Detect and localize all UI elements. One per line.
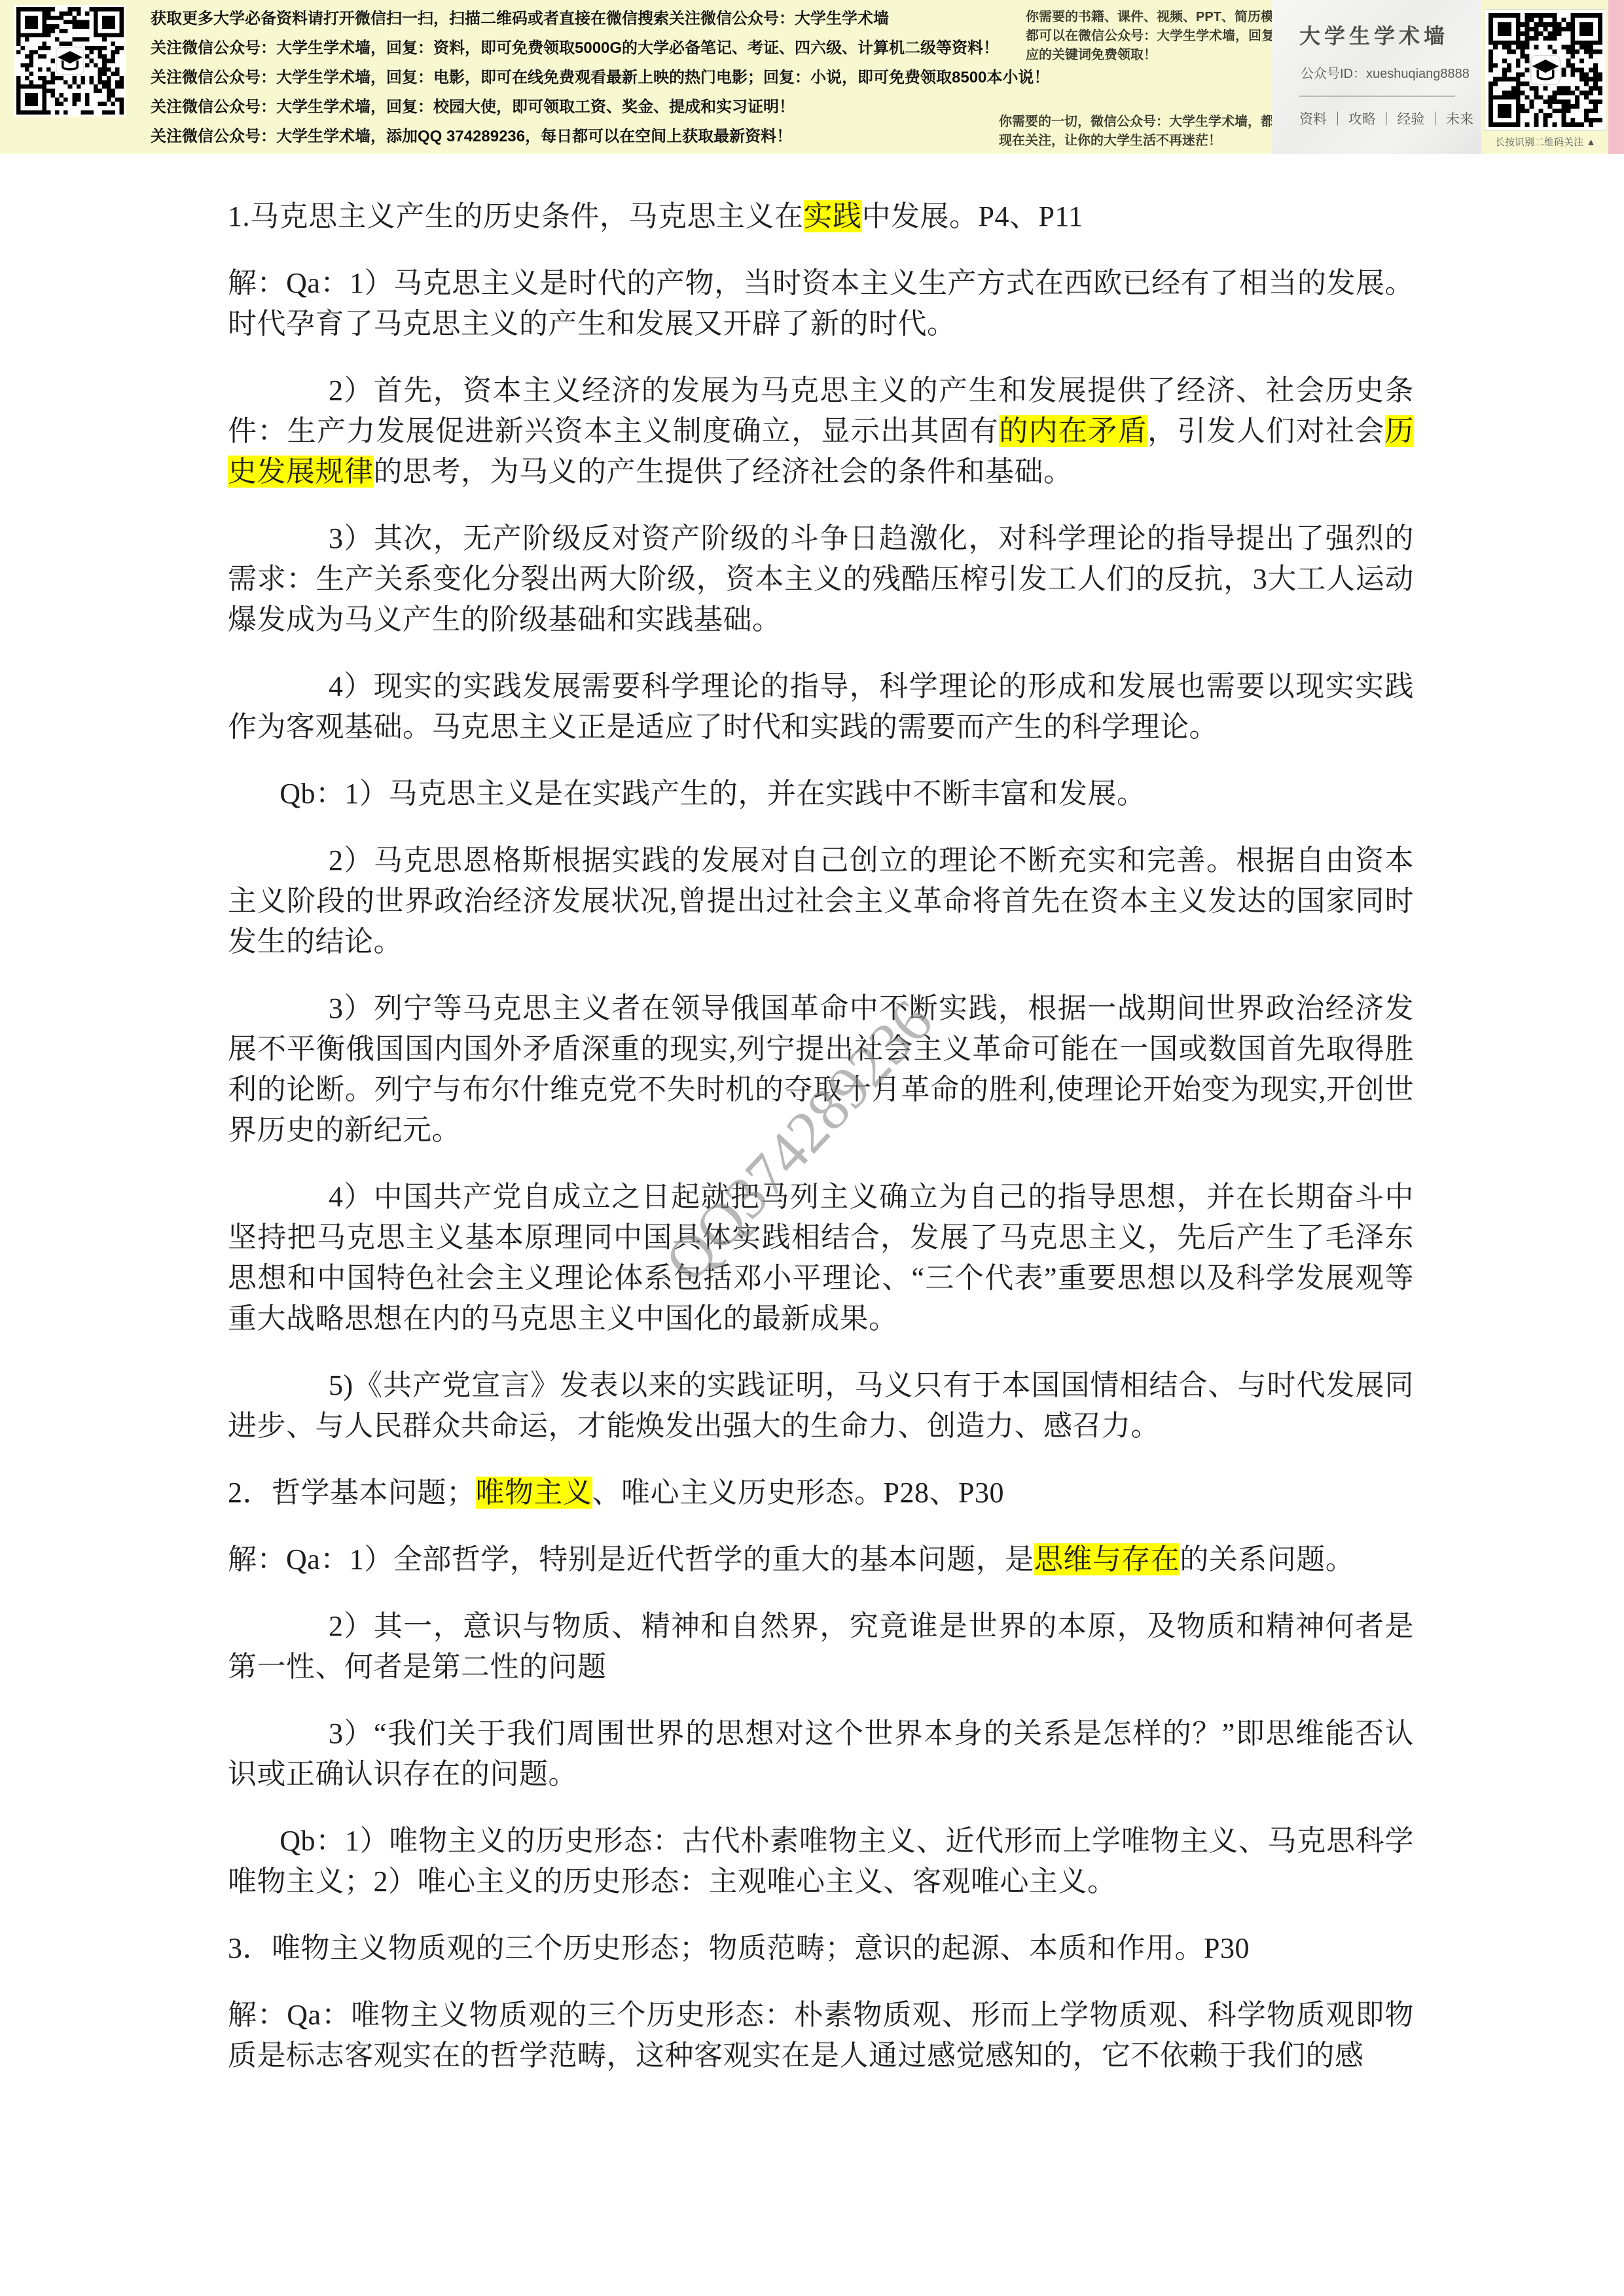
text-run: 的关系问题。 xyxy=(1180,1543,1354,1575)
paragraph: 解：Qa：唯物主义物质观的三个历史形态：朴素物质观、形而上学物质观、科学物质观即… xyxy=(228,1995,1414,2076)
paragraph: Qb：1）马克思主义是在实践产生的，并在实践中不断丰富和发展。 xyxy=(228,774,1414,814)
banner-note-line: 你需要的书籍、课件、视频、PPT、简历模板 xyxy=(1026,8,1288,27)
text-run: 4）中国共产党自成立之日起就把马列主义确立为自己的指导思想，并在长期奋斗中坚持把… xyxy=(228,1181,1414,1335)
paragraph: 2）首先，资本主义经济的发展为马克思主义的产生和发展提供了经济、社会历史条件：生… xyxy=(228,370,1414,492)
highlighted-text: 实践 xyxy=(804,200,862,232)
banner-note-line: 都可以在微信公众号：大学生学术墙，回复相 xyxy=(1026,27,1288,46)
paragraph: 3）其次，无产阶级反对资产阶级的斗争日趋激化，对科学理论的指导提出了强烈的需求：… xyxy=(228,518,1414,640)
text-run: 3）其次，无产阶级反对资产阶级的斗争日趋激化，对科学理论的指导提出了强烈的需求：… xyxy=(228,522,1414,636)
text-run: Qb：1）唯物主义的历史形态：古代朴素唯物主义、近代形而上学唯物主义、马克思科学… xyxy=(228,1825,1414,1897)
text-run: 解：Qa：1）马克思主义是时代的产物，当时资本主义生产方式在西欧已经有了相当的发… xyxy=(228,267,1414,340)
paragraph: 1.马克思主义产生的历史条件，马克思主义在实践中发展。P4、P11 xyxy=(228,196,1414,237)
paragraph: 4）中国共产党自成立之日起就把马列主义确立为自己的指导思想，并在长期奋斗中坚持把… xyxy=(228,1177,1414,1339)
paragraph: 3）列宁等马克思主义者在领导俄国革命中不断实践，根据一战期间世界政治经济发展不平… xyxy=(228,988,1414,1151)
text-run: 3．唯物主义物质观的三个历史形态；物质范畴；意识的起源、本质和作用。P30 xyxy=(228,1932,1250,1964)
text-run: 1.马克思主义产生的历史条件，马克思主义在 xyxy=(228,200,804,232)
paragraph: 4）现实的实践发展需要科学理论的指导，科学理论的形成和发展也需要以现实实践作为客… xyxy=(228,666,1414,747)
banner-promo-text: 获取更多大学必备资料请打开微信扫一扫，扫描二维码或者直接在微信搜索关注微信公众号… xyxy=(151,4,1049,151)
text-run: 中发展。P4、P11 xyxy=(862,200,1083,232)
banner-promo-line: 关注微信公众号：大学生学术墙，回复：资料，即可免费领取5000G的大学必备笔记、… xyxy=(151,33,1049,63)
paragraph: 2．哲学基本问题；唯物主义、唯心主义历史形态。P28、P30 xyxy=(228,1473,1414,1513)
text-run: 5)《共产党宣言》发表以来的实践证明，马义只有于本国国情相结合、与时代发展同进步… xyxy=(228,1369,1414,1442)
text-run: 的思考，为马义的产生提供了经济社会的条件和基础。 xyxy=(374,456,1073,488)
qr-code-right xyxy=(1485,9,1606,131)
promo-banner: 获取更多大学必备资料请打开微信扫一扫，扫描二维码或者直接在微信搜索关注微信公众号… xyxy=(0,0,1624,154)
page: 获取更多大学必备资料请打开微信扫一扫，扫描二维码或者直接在微信搜索关注微信公众号… xyxy=(0,0,1624,2296)
paragraph: 2）马克思恩格斯根据实践的发展对自己创立的理论不断充实和完善。根据自由资本主义阶… xyxy=(228,840,1414,962)
banner-promo-line: 关注微信公众号：大学生学术墙，回复：校园大使，即可领取工资、奖金、提成和实习证明… xyxy=(151,92,1049,122)
banner-promo-line: 关注微信公众号：大学生学术墙，回复：电影，即可在线免费观看最新上映的热门电影；回… xyxy=(151,63,1049,92)
text-run: 4）现实的实践发展需要科学理论的指导，科学理论的形成和发展也需要以现实实践作为客… xyxy=(228,670,1414,743)
qr-code-left xyxy=(14,5,126,117)
paragraph: 解：Qa：1）马克思主义是时代的产物，当时资本主义生产方式在西欧已经有了相当的发… xyxy=(228,263,1414,344)
text-run: 3）“我们关于我们周围世界的思想对这个世界本身的关系是怎样的？”即思维能否认识或… xyxy=(228,1717,1414,1790)
text-run: ，引发人们对社会 xyxy=(1147,415,1385,447)
banner-promo-line: 关注微信公众号：大学生学术墙，添加QQ 374289236，每日都可以在空间上获… xyxy=(151,122,1049,151)
paragraph: 2）其一，意识与物质、精神和自然界，究竟谁是世界的本原，及物质和精神何者是第一性… xyxy=(228,1606,1414,1687)
text-run: 解：Qa：唯物主义物质观的三个历史形态：朴素物质观、形而上学物质观、科学物质观即… xyxy=(228,1999,1414,2072)
text-run: 2）马克思恩格斯根据实践的发展对自己创立的理论不断充实和完善。根据自由资本主义阶… xyxy=(228,844,1414,958)
paragraph: 5)《共产党宣言》发表以来的实践证明，马义只有于本国国情相结合、与时代发展同进步… xyxy=(228,1365,1414,1446)
banner-note-bottom: 你需要的一切，微信公众号：大学生学术墙，都有！现在关注，让你的大学生活不再迷茫！ xyxy=(999,113,1300,151)
banner-note-line: 你需要的一切，微信公众号：大学生学术墙，都有！ xyxy=(999,113,1300,132)
text-run: 解：Qa：1）全部哲学，特别是近代哲学的重大的基本问题，是 xyxy=(228,1543,1034,1575)
paragraph: 3．唯物主义物质观的三个历史形态；物质范畴；意识的起源、本质和作用。P30 xyxy=(228,1928,1414,1969)
paragraph: 解：Qa：1）全部哲学，特别是近代哲学的重大的基本问题，是思维与存在的关系问题。 xyxy=(228,1539,1414,1580)
text-run: 、唯心主义历史形态。P28、P30 xyxy=(592,1477,1004,1509)
text-run: 2．哲学基本问题； xyxy=(228,1477,476,1509)
banner-accent-strip xyxy=(1608,0,1624,154)
text-run: 3）列宁等马克思主义者在领导俄国革命中不断实践，根据一战期间世界政治经济发展不平… xyxy=(228,992,1414,1146)
account-card-tags: 资料 ｜ 攻略 ｜ 经验 ｜ 未来 xyxy=(1299,109,1473,128)
account-card-title: 大学生学术墙 xyxy=(1299,20,1449,50)
account-card-divider xyxy=(1299,96,1455,97)
paragraph: Qb：1）唯物主义的历史形态：古代朴素唯物主义、近代形而上学唯物主义、马克思科学… xyxy=(228,1821,1414,1902)
banner-note-line: 应的关键词免费领取！ xyxy=(1026,46,1288,65)
highlighted-text: 的内在矛盾 xyxy=(999,415,1147,447)
text-run: Qb：1）马克思主义是在实践产生的，并在实践中不断丰富和发展。 xyxy=(280,778,1146,810)
highlighted-text: 唯物主义 xyxy=(476,1477,592,1509)
paragraph: 3）“我们关于我们周围世界的思想对这个世界本身的关系是怎样的？”即思维能否认识或… xyxy=(228,1713,1414,1795)
qr-caption: 长按识别二维码关注 ▲ xyxy=(1474,135,1617,149)
highlighted-text: 思维与存在 xyxy=(1034,1543,1180,1575)
official-account-card: 大学生学术墙 公众号ID：xueshuqiang8888 资料 ｜ 攻略 ｜ 经… xyxy=(1272,0,1481,154)
account-card-id: 公众号ID：xueshuqiang8888 xyxy=(1301,63,1470,82)
document-body: 1.马克思主义产生的历史条件，马克思主义在实践中发展。P4、P11解：Qa：1）… xyxy=(228,196,1414,2102)
text-run: 2）其一，意识与物质、精神和自然界，究竟谁是世界的本原，及物质和精神何者是第一性… xyxy=(228,1610,1414,1683)
banner-note-line: 现在关注，让你的大学生活不再迷茫！ xyxy=(999,132,1300,151)
banner-note-top: 你需要的书籍、课件、视频、PPT、简历模板都可以在微信公众号：大学生学术墙，回复… xyxy=(1026,8,1288,65)
banner-promo-line: 获取更多大学必备资料请打开微信扫一扫，扫描二维码或者直接在微信搜索关注微信公众号… xyxy=(151,4,1049,33)
